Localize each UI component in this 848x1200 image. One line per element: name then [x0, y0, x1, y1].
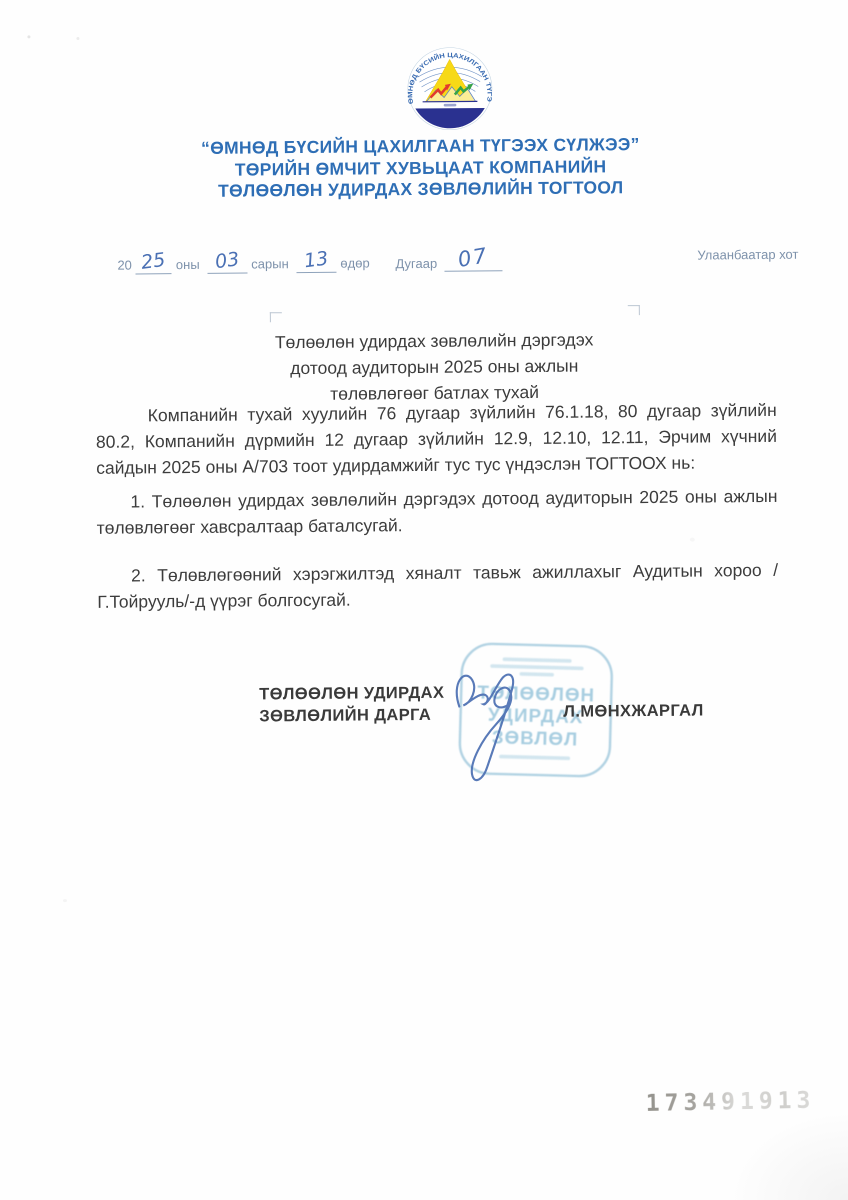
preamble-paragraph: Компанийн тухай хуулийн 76 дугаар зүйлий…: [96, 398, 778, 481]
year-blank: 25: [136, 256, 172, 274]
scan-speck: [63, 899, 67, 902]
subject-heading: Төлөөлөн удирдах зөвлөлийн дэргэдэх дото…: [0, 324, 847, 409]
signatory-title: ТӨЛӨӨЛӨН УДИРДАХ ЗӨВЛӨЛИЙН ДАРГА: [259, 682, 445, 728]
year-prefix: 20: [117, 258, 132, 273]
signature-ink: [439, 641, 555, 794]
logo-fine-print: [444, 104, 457, 107]
scan-tilt-wrapper: ӨМНӨД БҮСИЙН ЦАХИЛГААН ТҮГЭЭХ СҮЛЖЭЭ “ӨМ…: [0, 0, 848, 1200]
signatory-title-line: ЗӨВЛӨЛИЙН ДАРГА: [259, 704, 444, 728]
month-label: сарын: [251, 256, 289, 271]
letterhead: “ӨМНӨД БҮСИЙН ЦАХИЛГААН ТҮГЭЭХ СҮЛЖЭЭ” Т…: [0, 132, 845, 204]
corner-mark-left: [270, 312, 282, 322]
day-label: өдөр: [340, 255, 369, 270]
city-label: Улаанбаатар хот: [697, 247, 798, 263]
scan-speck: [27, 35, 30, 38]
year-handwritten: 25: [141, 253, 167, 270]
resolution-item-1: 1. Төлөөлөн удирдах зөвлөлийн дэргэдэх д…: [96, 484, 777, 542]
company-logo: ӨМНӨД БҮСИЙН ЦАХИЛГААН ТҮГЭЭХ СҮЛЖЭЭ: [400, 43, 499, 132]
number-handwritten: 07: [457, 248, 490, 267]
number-blank: 07: [445, 253, 503, 272]
date-fields: 2025оны 03сарын 13өдөр: [117, 254, 369, 274]
signatory-title-line: ТӨЛӨӨЛӨН УДИРДАХ: [259, 682, 444, 706]
document-number: Дугаар 07: [395, 253, 507, 272]
company-logo-emblem: ӨМНӨД БҮСИЙН ЦАХИЛГААН ТҮГЭЭХ СҮЛЖЭЭ: [400, 43, 499, 132]
scanned-resolution-document: ӨМНӨД БҮСИЙН ЦАХИЛГААН ТҮГЭЭХ СҮЛЖЭЭ “ӨМ…: [0, 0, 848, 1200]
corner-mark-right: [628, 305, 640, 315]
year-label: оны: [176, 257, 200, 272]
dateline: 2025оны 03сарын 13өдөр Дугаар 07 Улаанба…: [0, 244, 846, 283]
scan-speck: [690, 538, 695, 542]
day-handwritten: 13: [303, 251, 329, 268]
scan-shadow: [728, 1110, 848, 1200]
logo-base-arc: [415, 108, 485, 129]
signature-stroke: [457, 674, 514, 780]
scan-speck: [76, 37, 79, 40]
body-text: Компанийн тухай хуулийн 76 дугаар зүйлий…: [96, 398, 779, 616]
day-blank: 13: [296, 255, 336, 273]
signatory-name: Л.МӨНХЖАРГАЛ: [563, 702, 703, 722]
month-handwritten: 03: [214, 252, 240, 269]
resolution-item-2: 2. Төлөвлөгөөний хэрэгжилтэд хяналт тавь…: [97, 558, 778, 616]
month-blank: 03: [207, 255, 247, 273]
chairman-signature: [439, 641, 555, 794]
number-label: Дугаар: [395, 256, 437, 271]
